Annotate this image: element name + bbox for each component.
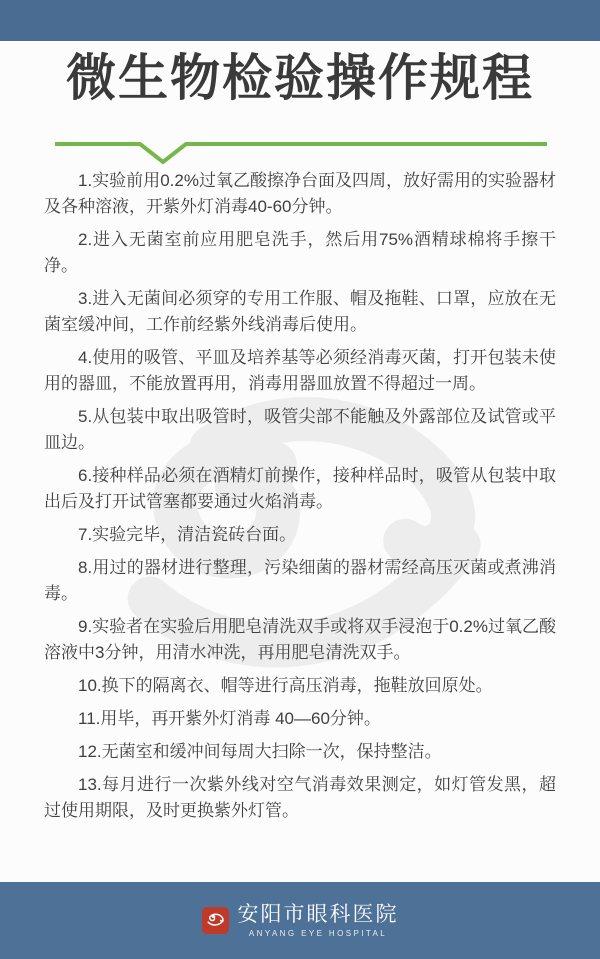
hospital-name-en: ANYANG EYE HOSPITAL [249, 929, 387, 938]
procedure-item-7: 7.实验完毕，清洁瓷砖台面。 [44, 522, 556, 548]
procedure-item-13: 13.每月进行一次紫外线对空气消毒效果测定，如灯管发黑，超过使用期限，及时更换紫… [44, 772, 556, 824]
top-bar [0, 0, 600, 41]
poster-page: 微生物检验操作规程 1.实验前用0.2%过氧乙酸擦净台面及四周，放好需用的实验器… [0, 0, 600, 959]
hospital-name-block: 安阳市眼科医院 ANYANG EYE HOSPITAL [238, 903, 399, 938]
green-divider-arrow-icon [0, 134, 600, 168]
procedure-item-10: 10.换下的隔离衣、帽等进行高压消毒，拖鞋放回原处。 [44, 673, 556, 699]
hospital-name-zh: 安阳市眼科医院 [238, 903, 399, 927]
procedure-item-4: 4.使用的吸管、平皿及培养基等必须经消毒灭菌，打开包装未使用的器皿，不能放置再用… [44, 345, 556, 397]
procedure-item-2: 2.进入无菌室前应用肥皂洗手，然后用75%酒精球棉将手擦干净。 [44, 227, 556, 279]
procedure-item-5: 5.从包装中取出吸管时，吸管尖部不能触及外露部位及试管或平皿边。 [44, 404, 556, 456]
procedure-item-11: 11.用毕，再开紫外灯消毒 40—60分钟。 [44, 706, 556, 732]
procedure-item-8: 8.用过的器材进行整理，污染细菌的器材需经高压灭菌或煮沸消毒。 [44, 555, 556, 607]
procedure-item-6: 6.接种样品必须在酒精灯前操作，接种样品时，吸管从包装中取出后及打开试管塞都要通… [44, 463, 556, 515]
procedure-item-9: 9.实验者在实验后用肥皂清洗双手或将双手浸泡于0.2%过氧乙酸溶液中3分钟，用清… [44, 614, 556, 666]
page-title: 微生物检验操作规程 [0, 46, 600, 111]
footer-bar: 安阳市眼科医院 ANYANG EYE HOSPITAL [0, 882, 600, 959]
procedure-item-3: 3.进入无菌间必须穿的专用工作服、帽及拖鞋、口罩，应放在无菌室缓冲间，工作前经紫… [44, 286, 556, 338]
procedure-item-12: 12.无菌室和缓冲间每周大扫除一次，保持整洁。 [44, 739, 556, 765]
procedure-list: 1.实验前用0.2%过氧乙酸擦净台面及四周，放好需用的实验器材及各种溶液，开紫外… [44, 168, 556, 831]
hospital-logo [202, 907, 229, 934]
eye-logo-icon [205, 910, 226, 931]
procedure-item-1: 1.实验前用0.2%过氧乙酸擦净台面及四周，放好需用的实验器材及各种溶液，开紫外… [44, 168, 556, 220]
